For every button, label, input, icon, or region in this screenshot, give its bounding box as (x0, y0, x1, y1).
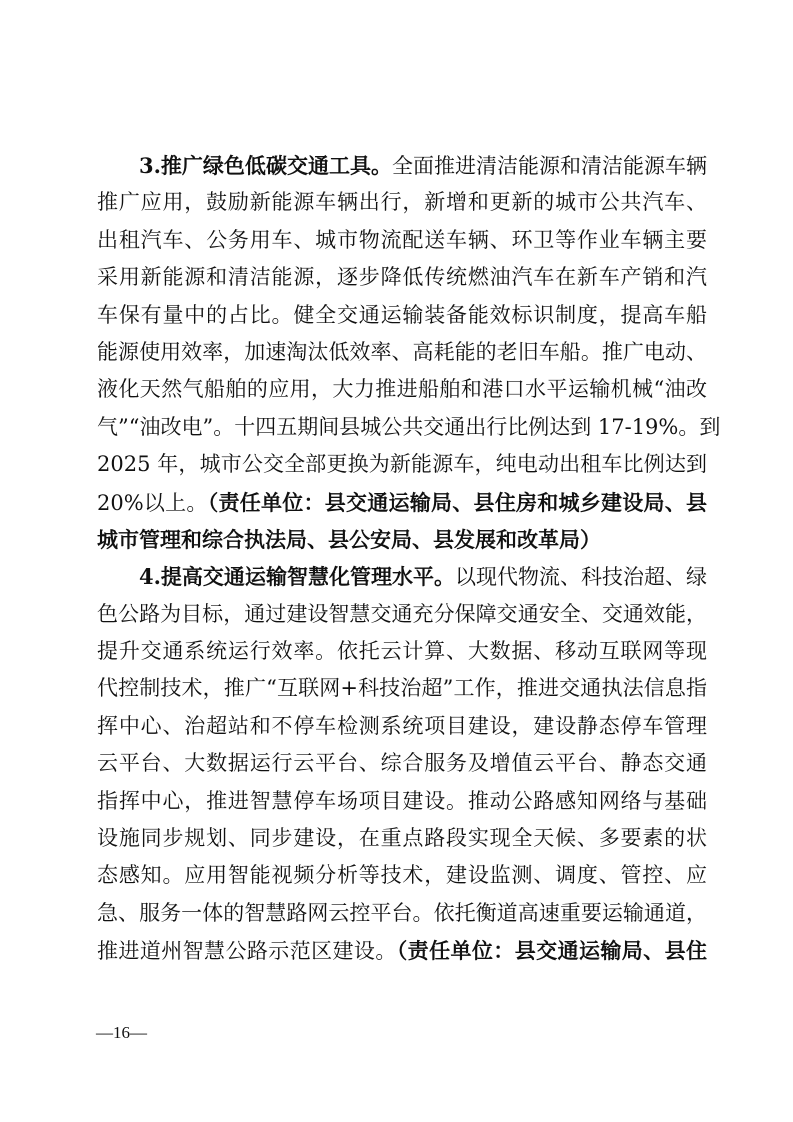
body-text: 气”“油改电”。十四五期间县城公共交通出行比例达到 17-19%。到 (97, 415, 720, 439)
body-text: 采用新能源和清洁能源，逐步降低传统燃油汽车在新车产销和汽 (97, 265, 707, 289)
body-text: 以现代物流、科技治超、绿 (455, 565, 707, 589)
paragraph-p3-line: 能源使用效率，加速淘汰低效率、高耗能的老旧车船。推广电动、 (97, 334, 707, 371)
paragraph-p4-line: 推进道州智慧公路示范区建设。（责任单位：县交通运输局、县住 (97, 932, 707, 969)
bold-text: 4.提高交通运输智慧化管理水平。 (139, 564, 455, 589)
body-text: 推进道州智慧公路示范区建设。 (97, 939, 397, 963)
paragraph-p4-line: 代控制技术，推广“互联网+科技治超”工作，推进交通执法信息指 (97, 670, 707, 707)
paragraph-p4-line: 提升交通系统运行效率。依托云计算、大数据、移动互联网等现 (97, 633, 707, 670)
paragraph-p3-line: 出租汽车、公务用车、城市物流配送车辆、环卫等作业车辆主要 (97, 222, 707, 259)
paragraph-p3-line: 液化天然气船舶的应用，大力推进船舶和港口水平运输机械“油改 (97, 371, 707, 408)
paragraph-p3-line: 采用新能源和清洁能源，逐步降低传统燃油汽车在新车产销和汽 (97, 259, 707, 296)
body-text: 色公路为目标，通过建设智慧交通充分保障交通安全、交通效能， (97, 602, 707, 626)
body-text: 液化天然气船舶的应用，大力推进船舶和港口水平运输机械“油改 (97, 377, 707, 401)
body-text: 云平台、大数据运行云平台、综合服务及增值云平台、静态交通 (97, 751, 707, 775)
bold-text: （责任单位：县交通运输局、县住 (397, 938, 707, 963)
paragraph-p3-line: 气”“油改电”。十四五期间县城公共交通出行比例达到 17-19%。到 (97, 409, 707, 446)
paragraph-p3-line: 2025 年，城市公交全部更换为新能源车，纯电动出租车比例达到 (97, 446, 707, 483)
paragraph-p4-line: 急、服务一体的智慧路网云控平台。依托衡道高速重要运输通道， (97, 895, 707, 932)
body-text: 推广应用，鼓励新能源车辆出行，新增和更新的城市公共汽车、 (97, 190, 707, 214)
body-text: 2025 年，城市公交全部更换为新能源车，纯电动出租车比例达到 (97, 452, 707, 476)
body-text: 20%以上。 (97, 491, 208, 515)
paragraph-p4-line: 4.提高交通运输智慧化管理水平。以现代物流、科技治超、绿 (97, 558, 707, 595)
bold-text: 城市管理和综合执法局、县公安局、县发展和改革局） (97, 527, 601, 552)
body-text: 提升交通系统运行效率。依托云计算、大数据、移动互联网等现 (97, 639, 707, 663)
paragraph-p4-line: 色公路为目标，通过建设智慧交通充分保障交通安全、交通效能， (97, 596, 707, 633)
document-page: 3.推广绿色低碳交通工具。全面推进清洁能源和清洁能源车辆推广应用，鼓励新能源车辆… (0, 0, 793, 1122)
bold-text: 3.推广绿色低碳交通工具。 (139, 153, 392, 178)
body-text: 车保有量中的占比。健全交通运输装备能效标识制度，提高车船 (97, 303, 707, 327)
body-text: 急、服务一体的智慧路网云控平台。依托衡道高速重要运输通道， (97, 901, 707, 925)
paragraph-p4-line: 挥中心、治超站和不停车检测系统项目建设，建设静态停车管理 (97, 708, 707, 745)
paragraph-p3-line: 3.推广绿色低碳交通工具。全面推进清洁能源和清洁能源车辆 (97, 147, 707, 184)
paragraph-p4-line: 设施同步规划、同步建设，在重点路段实现全天候、多要素的状 (97, 820, 707, 857)
paragraph-p4-line: 云平台、大数据运行云平台、综合服务及增值云平台、静态交通 (97, 745, 707, 782)
document-body: 3.推广绿色低碳交通工具。全面推进清洁能源和清洁能源车辆推广应用，鼓励新能源车辆… (97, 147, 707, 970)
body-text: 能源使用效率，加速淘汰低效率、高耗能的老旧车船。推广电动、 (97, 340, 707, 364)
paragraph-p3-line: 20%以上。（责任单位：县交通运输局、县住房和城乡建设局、县 (97, 484, 707, 521)
body-text: 设施同步规划、同步建设，在重点路段实现全天候、多要素的状 (97, 826, 707, 850)
body-text: 全面推进清洁能源和清洁能源车辆 (392, 154, 707, 178)
paragraph-p3-line: 车保有量中的占比。健全交通运输装备能效标识制度，提高车船 (97, 297, 707, 334)
body-text: 出租汽车、公务用车、城市物流配送车辆、环卫等作业车辆主要 (97, 228, 707, 252)
body-text: 代控制技术，推广“互联网+科技治超”工作，推进交通执法信息指 (97, 676, 707, 700)
paragraph-p3-line: 城市管理和综合执法局、县公安局、县发展和改革局） (97, 521, 707, 558)
bold-text: （责任单位：县交通运输局、县住房和城乡建设局、县 (208, 490, 707, 515)
body-text: 态感知。应用智能视频分析等技术，建设监测、调度、管控、应 (97, 863, 707, 887)
page-number: —16— (96, 1023, 147, 1043)
paragraph-p4-line: 指挥中心，推进智慧停车场项目建设。推动公路感知网络与基础 (97, 783, 707, 820)
body-text: 指挥中心，推进智慧停车场项目建设。推动公路感知网络与基础 (97, 789, 707, 813)
body-text: 挥中心、治超站和不停车检测系统项目建设，建设静态停车管理 (97, 714, 707, 738)
paragraph-p4-line: 态感知。应用智能视频分析等技术，建设监测、调度、管控、应 (97, 857, 707, 894)
paragraph-p3-line: 推广应用，鼓励新能源车辆出行，新增和更新的城市公共汽车、 (97, 184, 707, 221)
